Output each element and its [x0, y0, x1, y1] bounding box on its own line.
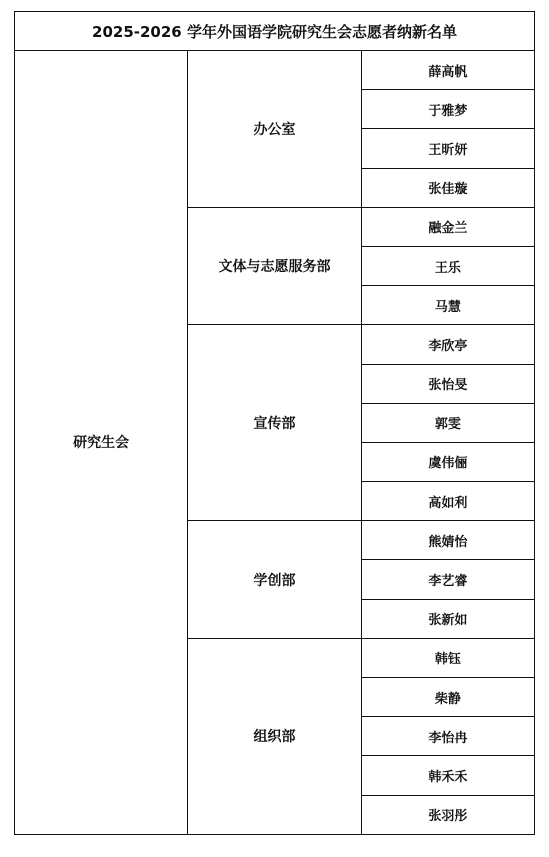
volunteer-roster-table: 2025-2026 学年外国语学院研究生会志愿者纳新名单 研究生会办公室薛高帆于… — [14, 11, 535, 835]
department-cell: 办公室 — [188, 51, 361, 208]
member-name-cell: 张羽彤 — [361, 795, 534, 834]
member-name-cell: 虞伟俪 — [361, 442, 534, 481]
department-cell: 学创部 — [188, 521, 361, 639]
member-name-cell: 柴静 — [361, 678, 534, 717]
member-name-cell: 李怡冉 — [361, 717, 534, 756]
member-name-cell: 韩钰 — [361, 638, 534, 677]
member-name-cell: 王乐 — [361, 246, 534, 285]
organization-cell: 研究生会 — [15, 51, 188, 835]
member-name-cell: 张新如 — [361, 599, 534, 638]
member-name-cell: 高如利 — [361, 482, 534, 521]
member-row: 研究生会办公室薛高帆 — [15, 51, 535, 90]
member-name-cell: 韩禾禾 — [361, 756, 534, 795]
department-cell: 组织部 — [188, 638, 361, 834]
member-name-cell: 熊婧怡 — [361, 521, 534, 560]
member-name-cell: 融金兰 — [361, 207, 534, 246]
member-name-cell: 李欣亭 — [361, 325, 534, 364]
member-name-cell: 张怡旻 — [361, 364, 534, 403]
member-name-cell: 张佳璇 — [361, 168, 534, 207]
title-row: 2025-2026 学年外国语学院研究生会志愿者纳新名单 — [15, 12, 535, 51]
member-name-cell: 薛高帆 — [361, 51, 534, 90]
member-name-cell: 王昕妍 — [361, 129, 534, 168]
member-name-cell: 李艺睿 — [361, 560, 534, 599]
member-name-cell: 马慧 — [361, 286, 534, 325]
department-cell: 宣传部 — [188, 325, 361, 521]
member-name-cell: 于雅梦 — [361, 90, 534, 129]
member-name-cell: 郭雯 — [361, 403, 534, 442]
department-cell: 文体与志愿服务部 — [188, 207, 361, 325]
table-title: 2025-2026 学年外国语学院研究生会志愿者纳新名单 — [15, 12, 535, 51]
